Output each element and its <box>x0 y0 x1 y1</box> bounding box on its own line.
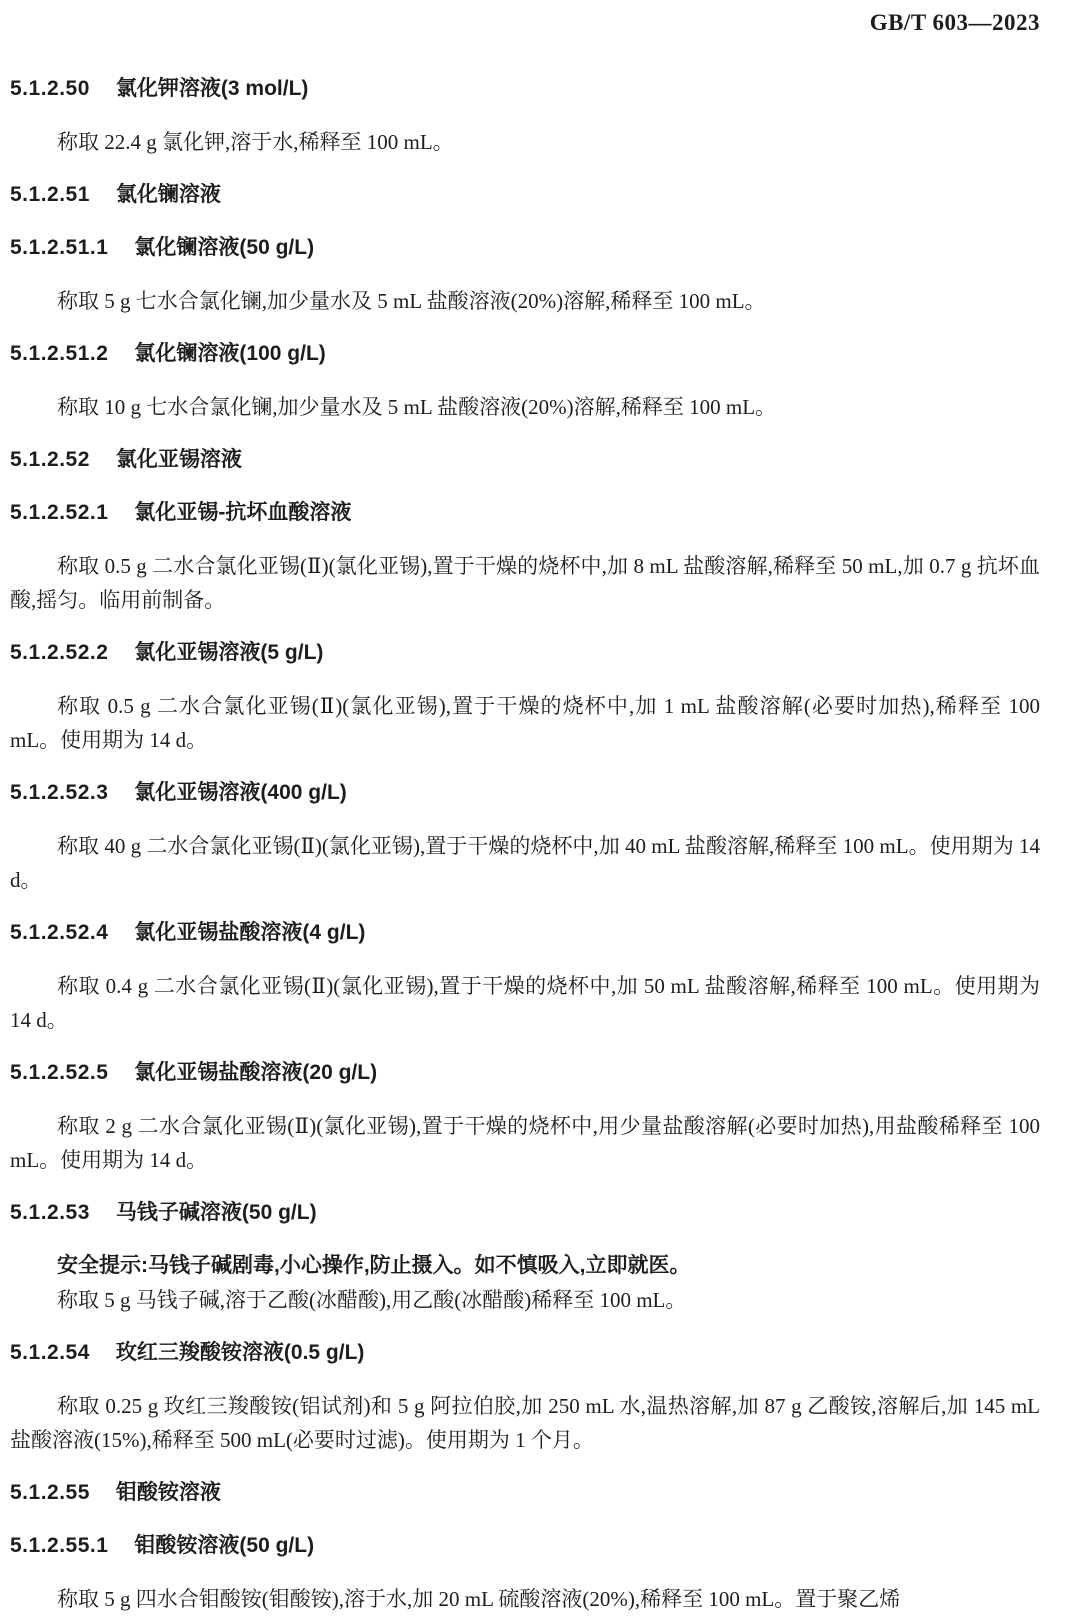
paragraph: 称取 0.4 g 二水合氯化亚锡(Ⅱ)(氯化亚锡),置于干燥的烧杯中,加 50 … <box>10 969 1040 1037</box>
section-heading: 5.1.2.52.3氯化亚锡溶液(400 g/L) <box>10 776 1040 810</box>
section-heading: 5.1.2.52.4氯化亚锡盐酸溶液(4 g/L) <box>10 916 1040 950</box>
section-number: 5.1.2.51.2 <box>10 342 108 365</box>
paragraph: 称取 0.5 g 二水合氯化亚锡(Ⅱ)(氯化亚锡),置于干燥的烧杯中,加 1 m… <box>10 689 1040 757</box>
section-title: 氯化亚锡盐酸溶液(4 g/L) <box>134 921 365 944</box>
section-title: 氯化亚锡盐酸溶液(20 g/L) <box>134 1061 377 1084</box>
section-number: 5.1.2.51.1 <box>10 236 108 259</box>
section-heading: 5.1.2.52.2氯化亚锡溶液(5 g/L) <box>10 636 1040 670</box>
section-heading: 5.1.2.52.1氯化亚锡-抗坏血酸溶液 <box>10 496 1040 530</box>
paragraph: 称取 0.25 g 玫红三羧酸铵(铝试剂)和 5 g 阿拉伯胶,加 250 mL… <box>10 1389 1040 1457</box>
section-title: 氯化亚锡溶液 <box>116 448 242 471</box>
section-number: 5.1.2.52.5 <box>10 1061 108 1084</box>
section-heading: 5.1.2.51.1氯化镧溶液(50 g/L) <box>10 231 1040 265</box>
section-title: 氯化亚锡-抗坏血酸溶液 <box>134 501 351 524</box>
section-heading: 5.1.2.50氯化钾溶液(3 mol/L) <box>10 72 1040 106</box>
section-title: 钼酸铵溶液(50 g/L) <box>134 1534 314 1557</box>
paragraph: 称取 22.4 g 氯化钾,溶于水,稀释至 100 mL。 <box>10 125 1040 159</box>
section-heading: 5.1.2.53马钱子碱溶液(50 g/L) <box>10 1196 1040 1230</box>
section-title: 氯化亚锡溶液(5 g/L) <box>134 641 323 664</box>
section-title: 氯化亚锡溶液(400 g/L) <box>134 781 346 804</box>
section-number: 5.1.2.52.3 <box>10 781 108 804</box>
section-title: 氯化钾溶液(3 mol/L) <box>116 77 309 100</box>
section-number: 5.1.2.53 <box>10 1201 90 1224</box>
section-title: 马钱子碱溶液(50 g/L) <box>116 1201 317 1224</box>
section-number: 5.1.2.54 <box>10 1341 90 1364</box>
paragraph: 称取 5 g 七水合氯化镧,加少量水及 5 mL 盐酸溶液(20%)溶解,稀释至… <box>10 284 1040 318</box>
safety-warning: 安全提示:马钱子碱剧毒,小心操作,防止摄入。如不慎吸入,立即就医。 <box>10 1249 1040 1283</box>
paragraph: 称取 10 g 七水合氯化镧,加少量水及 5 mL 盐酸溶液(20%)溶解,稀释… <box>10 390 1040 424</box>
paragraph: 称取 40 g 二水合氯化亚锡(Ⅱ)(氯化亚锡),置于干燥的烧杯中,加 40 m… <box>10 829 1040 897</box>
section-heading: 5.1.2.55钼酸铵溶液 <box>10 1476 1040 1510</box>
section-heading: 5.1.2.51氯化镧溶液 <box>10 178 1040 212</box>
section-heading: 5.1.2.54玫红三羧酸铵溶液(0.5 g/L) <box>10 1336 1040 1370</box>
section-title: 氯化镧溶液(50 g/L) <box>134 236 314 259</box>
section-number: 5.1.2.50 <box>10 77 90 100</box>
section-number: 5.1.2.52 <box>10 448 90 471</box>
paragraph: 称取 5 g 四水合钼酸铵(钼酸铵),溶于水,加 20 mL 硫酸溶液(20%)… <box>10 1582 1040 1616</box>
section-number: 5.1.2.55 <box>10 1481 90 1504</box>
section-title: 玫红三羧酸铵溶液(0.5 g/L) <box>116 1341 365 1364</box>
section-heading: 5.1.2.52氯化亚锡溶液 <box>10 443 1040 477</box>
section-heading: 5.1.2.52.5氯化亚锡盐酸溶液(20 g/L) <box>10 1056 1040 1090</box>
section-title: 钼酸铵溶液 <box>116 1481 221 1504</box>
standard-number: GB/T 603—2023 <box>10 6 1040 40</box>
document-body: 5.1.2.50氯化钾溶液(3 mol/L)称取 22.4 g 氯化钾,溶于水,… <box>10 72 1040 1616</box>
section-heading: 5.1.2.51.2氯化镧溶液(100 g/L) <box>10 337 1040 371</box>
paragraph: 称取 2 g 二水合氯化亚锡(Ⅱ)(氯化亚锡),置于干燥的烧杯中,用少量盐酸溶解… <box>10 1109 1040 1177</box>
section-number: 5.1.2.51 <box>10 183 90 206</box>
section-title: 氯化镧溶液(100 g/L) <box>134 342 325 365</box>
section-number: 5.1.2.52.1 <box>10 501 108 524</box>
paragraph: 称取 5 g 马钱子碱,溶于乙酸(冰醋酸),用乙酸(冰醋酸)稀释至 100 mL… <box>10 1283 1040 1317</box>
document-page: GB/T 603—2023 5.1.2.50氯化钾溶液(3 mol/L)称取 2… <box>0 0 1080 1622</box>
section-title: 氯化镧溶液 <box>116 183 221 206</box>
section-number: 5.1.2.52.4 <box>10 921 108 944</box>
section-heading: 5.1.2.55.1钼酸铵溶液(50 g/L) <box>10 1529 1040 1563</box>
paragraph: 称取 0.5 g 二水合氯化亚锡(Ⅱ)(氯化亚锡),置于干燥的烧杯中,加 8 m… <box>10 549 1040 617</box>
section-number: 5.1.2.52.2 <box>10 641 108 664</box>
section-number: 5.1.2.55.1 <box>10 1534 108 1557</box>
